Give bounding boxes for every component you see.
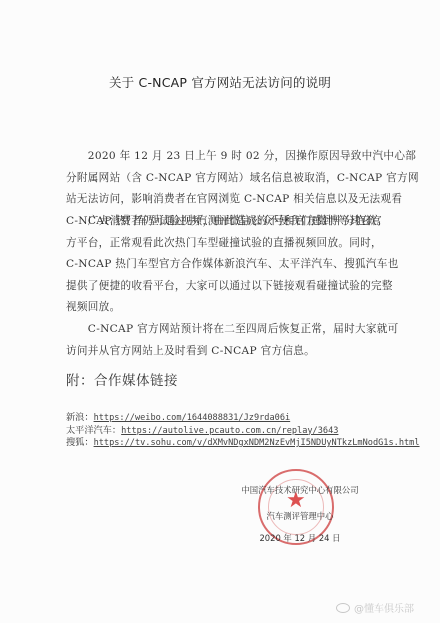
pcauto-link[interactable]: https://autolive.pcauto.com.cn/replay/36… — [121, 426, 338, 436]
link-row-pcauto: 太平洋汽车：https://autolive.pcauto.com.cn/rep… — [66, 425, 420, 438]
text-line: 访问并从官方网站上及时看到 C-NCAP 官方信息。 — [66, 341, 366, 363]
link-label: 搜狐： — [66, 437, 94, 448]
text-line: 站无法访问，影响消费者在官网浏览 C-NCAP 相关信息以及无法观看 — [66, 189, 366, 211]
link-row-sina: 新浪：https://weibo.com/1644088831/Jz9rda06… — [66, 412, 420, 425]
text-line: 分附属网站（含 C-NCAP 官方网站）域名信息被取消，C-NCAP 官方网 — [66, 168, 366, 190]
link-label: 新浪： — [66, 412, 94, 423]
signoff-date: 2020 年 12 月 24 日 — [230, 532, 370, 544]
link-row-sohu: 搜狐：https://tv.sohu.com/v/dXMvNDgxNDM2NzE… — [66, 437, 420, 450]
text-line: 广大消费者仍可通过中汽测评微信公众号和官方微博等其它官 — [66, 211, 366, 233]
weibo-watermark: @懂车俱乐部 — [336, 600, 414, 615]
paragraph-recovery: C-NCAP 官方网站预计将在二至四周后恢复正常，届时大家就可 访问并从官方网站… — [66, 319, 366, 362]
weibo-icon — [336, 603, 350, 613]
text-line: 方平台，正常观看此次热门车型碰撞试验的直播视频回放。同时， — [66, 233, 366, 255]
signoff-organization: 中国汽车技术研究中心有限公司 — [230, 484, 370, 496]
text-line: 视频回放。 — [66, 297, 366, 319]
watermark-text: @懂车俱乐部 — [354, 600, 414, 615]
sohu-link[interactable]: https://tv.sohu.com/v/dXMvNDgxNDM2NzEvMj… — [94, 438, 420, 448]
signoff-department: 汽车测评管理中心 — [230, 510, 370, 522]
document-title: 关于 C-NCAP 官方网站无法访问的说明 — [0, 73, 440, 91]
text-line: 提供了便捷的收看平台，大家可以通过以下链接观看碰撞试验的完整 — [66, 276, 366, 298]
sina-link[interactable]: https://weibo.com/1644088831/Jz9rda06i — [94, 413, 291, 423]
link-label: 太平洋汽车： — [66, 425, 121, 436]
appendix-title: 附：合作媒体链接 — [66, 369, 178, 389]
text-line: C-NCAP 热门车型官方合作媒体新浪汽车、太平洋汽车、搜狐汽车也 — [66, 254, 366, 276]
media-links: 新浪：https://weibo.com/1644088831/Jz9rda06… — [66, 412, 420, 450]
paragraph-alternatives: 广大消费者仍可通过中汽测评微信公众号和官方微博等其它官 方平台，正常观看此次热门… — [66, 211, 366, 319]
text-line: C-NCAP 官方网站预计将在二至四周后恢复正常，届时大家就可 — [66, 319, 366, 341]
document-page: 关于 C-NCAP 官方网站无法访问的说明 2020 年 12 月 23 日上午… — [0, 0, 440, 623]
text-line: 2020 年 12 月 23 日上午 9 时 02 分，因操作原因导致中汽中心部 — [66, 146, 366, 168]
